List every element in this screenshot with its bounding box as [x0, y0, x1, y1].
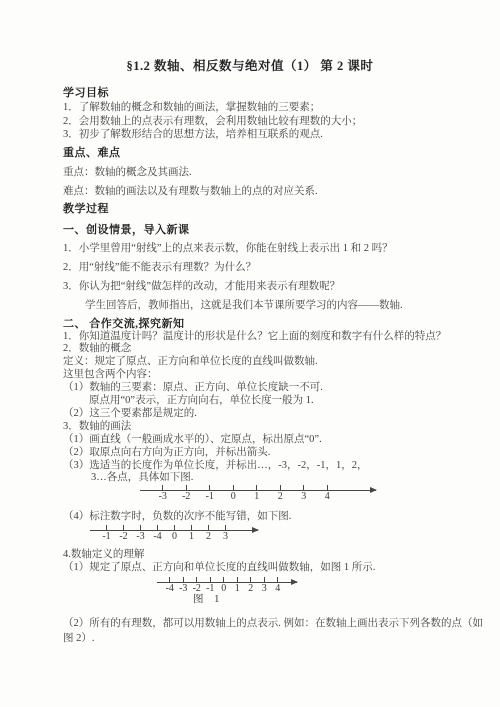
- axis-label: -3: [132, 525, 149, 542]
- section2-line: （3）选适当的长度作为单位长度，并标出…，-3，-2，-1，1，2，: [63, 460, 492, 473]
- number-line-wrong-order: -1 -2 -3 -4 0 1 2 3: [90, 525, 258, 542]
- axis-label: -1: [98, 525, 115, 542]
- teacher-note: 学生回答后，教师指出，这就是我们本节课所要学习的内容——数轴.: [63, 299, 492, 312]
- section1-questions: 1．小学里曾用“射线”上的点来表示数，你能在射线上表示出 1 和 2 吗？ 2．…: [63, 242, 492, 293]
- document-page: §1.2 数轴、相反数与绝对值（1） 第 2 课时 学习目标 1．了解数轴的概念…: [0, 0, 500, 707]
- axis-label: -1: [204, 577, 218, 594]
- axis-label: 0: [166, 525, 183, 542]
- key-difficulty-heading: 重点、难点: [63, 147, 492, 160]
- question-item: 1．小学里曾用“射线”上的点来表示数，你能在射线上表示出 1 和 2 吗？: [63, 242, 492, 255]
- goal-item: 3．初步了解数形结合的思想方法，培养相互联系的观点.: [63, 128, 492, 142]
- axis-label: 3: [217, 525, 234, 542]
- understanding-item2: （2）所有的有理数，都可以用数轴上的点表示. 例如：在数轴上画出表示下列各数的点…: [63, 617, 492, 646]
- understanding-heading: 4.数轴定义的理解: [63, 548, 492, 561]
- difficult-point-line: 难点：数轴的画法以及有理数与数轴上的点的对应关系.: [63, 185, 492, 198]
- section2-line: 这里包含两个内容：: [63, 369, 492, 382]
- axis-cells: -4 -3 -2 -1 0 1 2 3 4: [157, 577, 297, 594]
- section2-body: 1．你知道温度计吗？温度计的形状是什么？它上面的刻度和数字有什么样的特点？ 2．…: [63, 331, 492, 486]
- step4-note: （4）标注数字时，负数的次序不能写错，如下图.: [63, 510, 492, 523]
- section2-heading: 二、 合作交流,探究新知: [63, 318, 492, 331]
- axis-label: 2: [200, 525, 217, 542]
- axis-label: -1: [198, 485, 222, 502]
- number-line-figure1: -4 -3 -2 -1 0 1 2 3 4: [157, 577, 297, 594]
- section2-line: 1．你知道温度计吗？温度计的形状是什么？它上面的刻度和数字有什么样的特点？: [63, 331, 492, 344]
- section2-line: 2．数轴的概念: [63, 343, 492, 356]
- learning-goals-heading: 学习目标: [63, 87, 492, 100]
- page-title: §1.2 数轴、相反数与绝对值（1） 第 2 课时: [63, 56, 437, 74]
- figure1-caption: 图 1: [193, 594, 253, 605]
- axis-label: -3: [151, 485, 175, 502]
- section2-line: （2）这三个要素都是规定的.: [63, 408, 492, 421]
- understanding-item2-line1: （2）所有的有理数，都可以用数轴上的点表示. 例如：在数轴上画出表示下列各数的点…: [63, 617, 492, 632]
- question-item: 3．你认为把“射线”做怎样的改动，才能用来表示有理数呢？: [63, 280, 492, 293]
- goal-item: 2．会用数轴上的点表示有理数，会利用数轴比较有理数的大小；: [63, 115, 492, 129]
- section2-line: 3．数轴的画法: [63, 421, 492, 434]
- axis-label: -2: [190, 577, 204, 594]
- section2-line: 原点用“0”表示，正方向向右，单位长度一般为 1.: [63, 395, 492, 408]
- section2-line: 定义：规定了原点、正方向和单位长度的直线叫做数轴.: [63, 356, 492, 369]
- axis-label: -3: [177, 577, 191, 594]
- axis-cells: -3 -2 -1 0 1 2 3 4: [140, 485, 376, 502]
- key-point-line: 重点：数轴的概念及其画法.: [63, 166, 492, 179]
- learning-goals-list: 1．了解数轴的概念和数轴的画法，掌握数轴的三要素； 2．会用数轴上的点表示有理数…: [63, 101, 492, 142]
- section2-line: （1）数轴的三要素：原点、正方向、单位长度缺一不可.: [63, 382, 492, 395]
- axis-label: 2: [269, 485, 293, 502]
- axis-label: 3: [258, 577, 272, 594]
- axis-label: 1: [231, 577, 245, 594]
- axis-cells: -1 -2 -3 -4 0 1 2 3: [90, 525, 258, 542]
- teaching-process-heading: 教学过程: [63, 203, 492, 216]
- axis-label: 4: [271, 577, 285, 594]
- axis-label: -2: [115, 525, 132, 542]
- axis-label: -4: [163, 577, 177, 594]
- axis-label: 1: [183, 525, 200, 542]
- axis-label: 2: [244, 577, 258, 594]
- section2-line: （2）取原点向右方向为正方向，并标出箭头.: [63, 447, 492, 460]
- axis-label: 3: [292, 485, 316, 502]
- section2-line: 3…各点，具体如下图.: [63, 472, 492, 485]
- goal-item: 1．了解数轴的概念和数轴的画法，掌握数轴的三要素；: [63, 101, 492, 115]
- axis-label: 1: [245, 485, 269, 502]
- axis-label: 0: [217, 577, 231, 594]
- understanding-item1: （1）规定了原点、正方向和单位长度的直线叫做数轴，如图 1 所示.: [63, 561, 492, 574]
- section1-heading: 一、创设情景，导入新课: [63, 224, 492, 237]
- section2-line: （1）画直线（一般画成水平的）、定原点，标出原点“0”.: [63, 434, 492, 447]
- number-line-demo: -3 -2 -1 0 1 2 3 4: [140, 485, 376, 502]
- question-item: 2．用“射线”能不能表示有理数？为什么？: [63, 261, 492, 274]
- axis-label: 0: [222, 485, 246, 502]
- axis-label: 4: [316, 485, 340, 502]
- axis-label: -4: [149, 525, 166, 542]
- axis-label: -2: [175, 485, 199, 502]
- understanding-item2-line2: 图 2）.: [63, 632, 492, 647]
